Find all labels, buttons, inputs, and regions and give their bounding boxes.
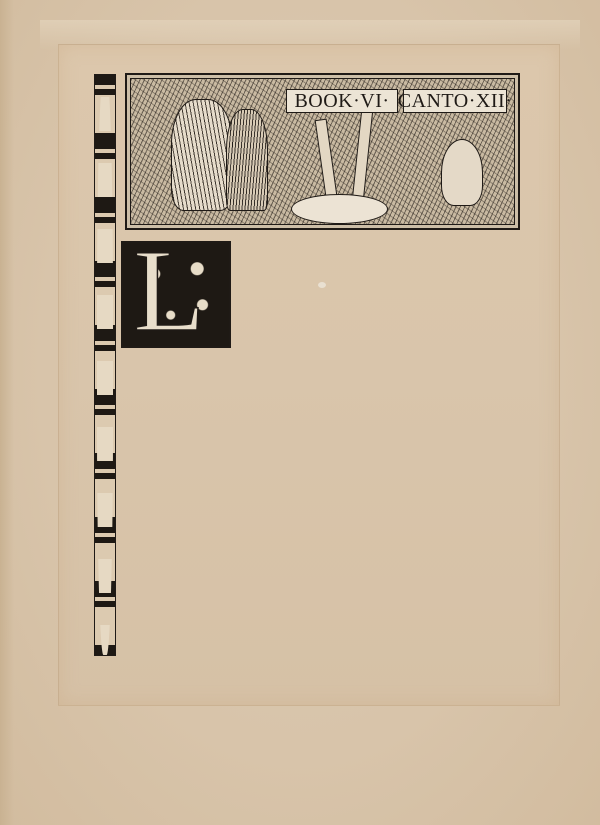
hermit-figure <box>226 109 268 211</box>
sleeping-infant <box>291 194 388 224</box>
decorated-initial: L <box>121 241 231 348</box>
border-ornament-pods <box>97 75 113 655</box>
initial-letter: L <box>127 241 231 348</box>
illustration-hatching: BOOK·VI· CANTO·XII· <box>130 78 515 225</box>
robed-figure <box>171 99 233 211</box>
paper-blemish <box>318 282 326 288</box>
vertical-floral-border <box>94 74 116 656</box>
canto-banner: CANTO·XII· <box>403 89 507 113</box>
header-illustration: BOOK·VI· CANTO·XII· <box>125 73 520 230</box>
book-banner: BOOK·VI· <box>286 89 398 113</box>
paper-edge-shadow <box>0 0 14 825</box>
hooded-woman-figure <box>441 139 483 206</box>
